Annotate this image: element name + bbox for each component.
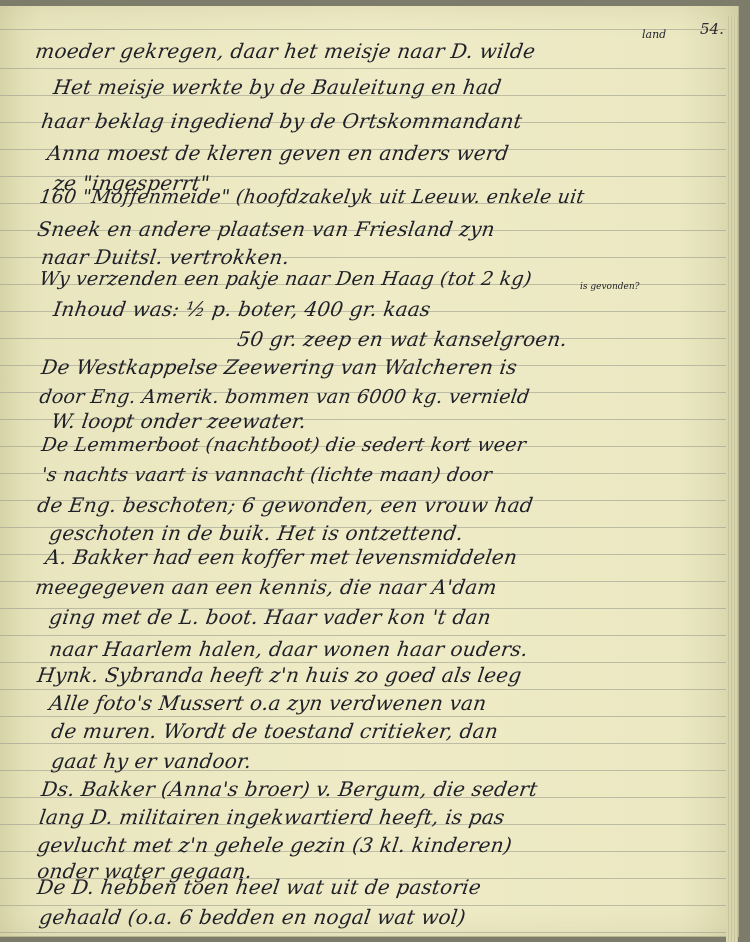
- text-line: gaat hy er vandoor.: [50, 750, 253, 772]
- text-line: haar beklag ingediend by de Ortskommanda…: [40, 110, 524, 132]
- text-line: Sneek en andere plaatsen van Friesland z…: [36, 218, 496, 240]
- text-line: naar Haarlem halen, daar wonen haar oude…: [48, 638, 529, 660]
- text-line: De D. hebben toen heel wat uit de pastor…: [36, 876, 483, 898]
- text-line: moeder gekregen, daar het meisje naar D.…: [34, 40, 537, 62]
- text-line: Inhoud was: ½ p. boter, 400 gr. kaas: [52, 298, 432, 320]
- text-line: door Eng. Amerik. bommen van 6000 kg. ve…: [38, 386, 531, 408]
- text-line: W. loopt onder zeewater.: [50, 410, 308, 432]
- text-line: Wy verzenden een pakje naar Den Haag (to…: [38, 268, 533, 290]
- text-line: geschoten in de buik. Het is ontzettend.: [48, 522, 465, 544]
- page-number: 54.: [700, 20, 724, 38]
- text-line: 's nachts vaart is vannacht (lichte maan…: [40, 464, 493, 486]
- text-line: De Westkappelse Zeewering van Walcheren …: [40, 356, 518, 378]
- text-line: gevlucht met z'n gehele gezin (3 kl. kin…: [36, 834, 513, 856]
- text-line: Anna moest de kleren geven en anders wer…: [46, 142, 510, 164]
- page-stack-edge: [726, 16, 738, 942]
- text-line: Alle foto's Mussert o.a zyn verdwenen va…: [48, 692, 488, 714]
- text-line: 50 gr. zeep en wat kanselgroen.: [236, 328, 569, 350]
- text-line: de muren. Wordt de toestand critieker, d…: [50, 720, 500, 742]
- text-line: ging met de L. boot. Haar vader kon 't d…: [48, 606, 492, 628]
- superscript-annotation: land: [642, 28, 666, 41]
- notebook-page: 54. land is gevonden? moeder gekregen, d…: [0, 6, 739, 937]
- text-line: gehaald (o.a. 6 bedden en nogal wat wol): [38, 906, 467, 928]
- text-line: meegegeven aan een kennis, die naar A'da…: [34, 576, 498, 598]
- text-line: 160 "Moffenmeide" (hoofdzakelyk uit Leeu…: [38, 186, 586, 208]
- text-line: A. Bakker had een koffer met levensmidde…: [44, 546, 519, 568]
- text-line: Hynk. Sybranda heeft z'n huis zo goed al…: [36, 664, 523, 686]
- text-line: lang D. militairen ingekwartierd heeft, …: [38, 806, 506, 828]
- text-line: De Lemmerboot (nachtboot) die sedert kor…: [40, 434, 528, 456]
- interlinear-annotation: is gevonden?: [580, 282, 639, 292]
- text-line: Het meisje werkte by de Bauleitung en ha…: [52, 76, 503, 98]
- text-line: Ds. Bakker (Anna's broer) v. Bergum, die…: [40, 778, 539, 800]
- text-line: de Eng. beschoten; 6 gewonden, een vrouw…: [36, 494, 535, 516]
- text-line: naar Duitsl. vertrokken.: [40, 246, 291, 268]
